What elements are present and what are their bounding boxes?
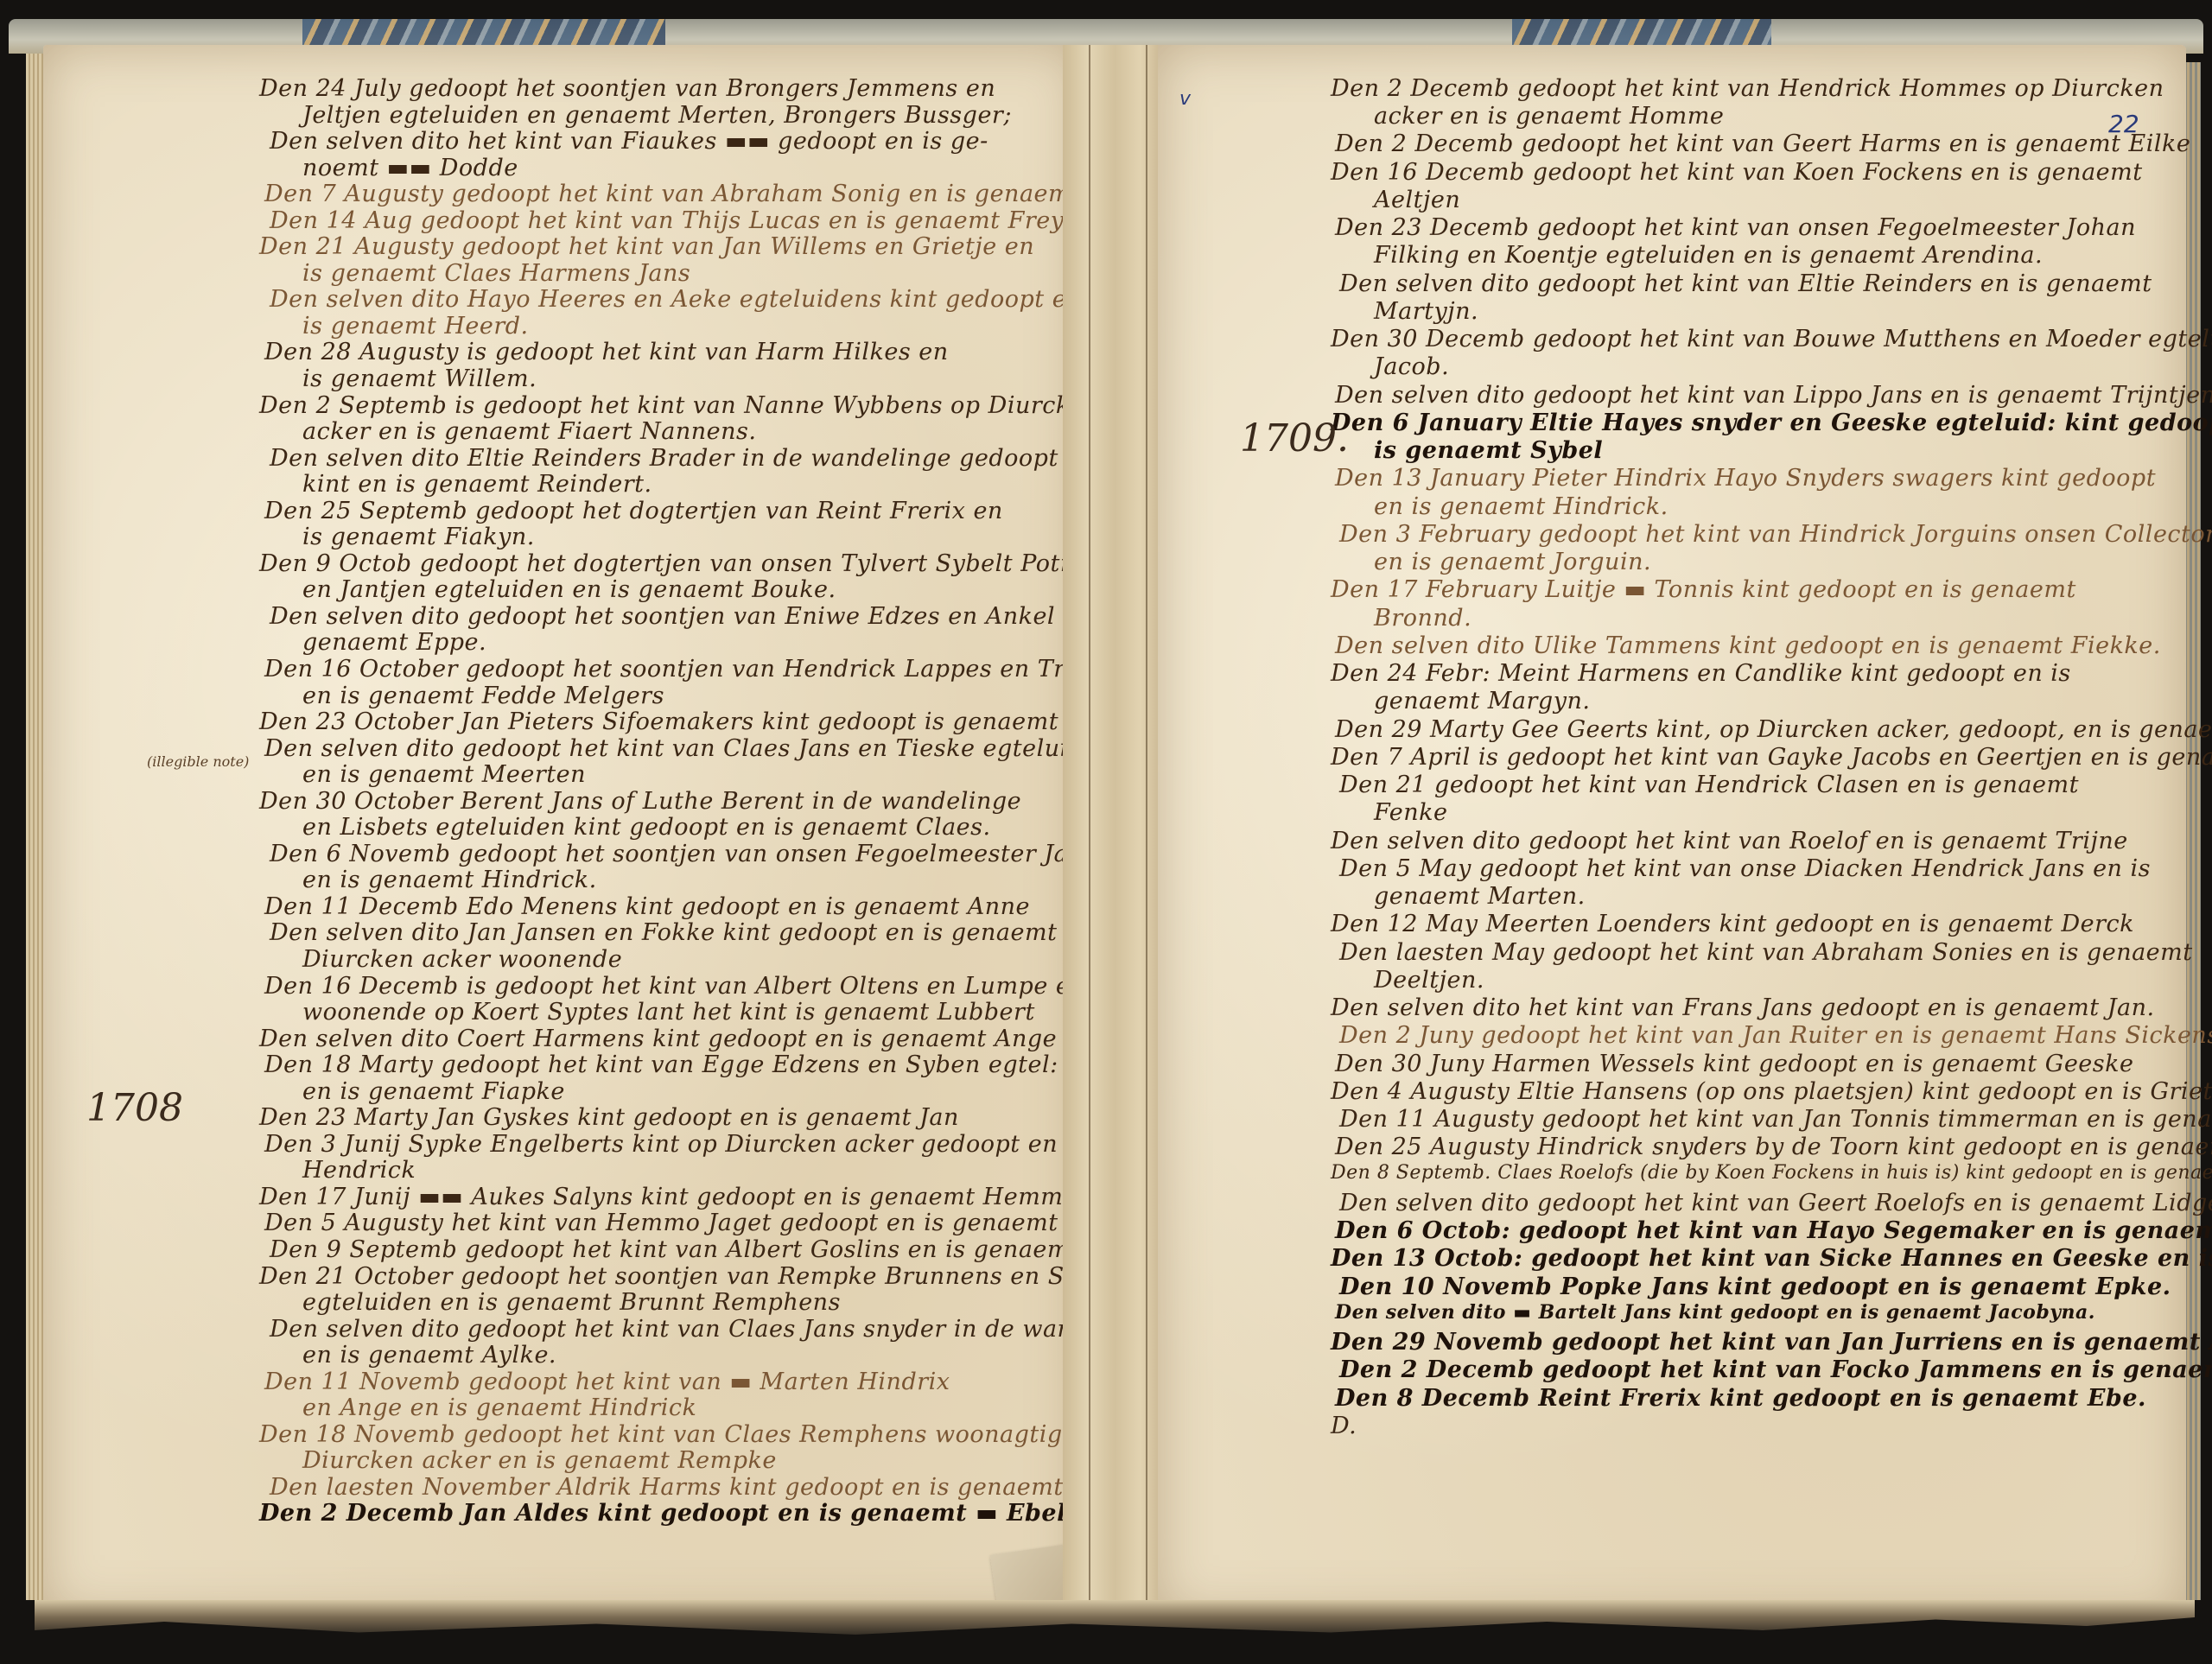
entry-continuation-line: noemt ▬▬ Dodde [302,155,518,181]
entry-continuation-line: Fenke [1374,799,1447,826]
entry-continuation-line: Filking en Koentje egteluiden en is gena… [1374,242,2043,269]
baptism-entry-line: Den 5 Augusty het kint van Hemmo Jaget g… [264,1210,1146,1236]
baptism-entry-line: Den selven dito ▬ Bartelt Jans kint gedo… [1335,1301,2095,1324]
baptism-entry-line: Den selven dito gedoopt het kint van Cla… [264,735,1113,762]
entry-continuation-line: is genaemt Willem. [302,365,537,392]
left-page: Den 24 July gedoopt het soontjen van Bro… [43,45,1080,1617]
baptism-entry-line: Den 11 Decemb Edo Menens kint gedoopt en… [264,893,1030,920]
entry-continuation-line: kint en is genaemt Reindert. [302,471,652,498]
baptism-entry-line: Den 28 Augusty is gedoopt het kint van H… [264,339,949,365]
damaged-bottom-edge [35,1600,2195,1643]
baptism-entry-line: Den 2 Decemb gedoopt het kint van Geert … [1335,130,2190,157]
baptism-entry-line: Den 9 Septemb gedoopt het kint van Alber… [270,1236,1181,1263]
baptism-entry-line: Den 6 Novemb gedoopt het soontjen van on… [270,841,1177,867]
entry-continuation-line: genaemt Margyn. [1374,688,1590,715]
entry-continuation-line: en is genaemt Jorguin. [1374,549,1651,575]
entry-continuation-line: Diurcken acker woonende [302,946,622,973]
baptism-entry-line: Den 17 February Luitje ▬ Tonnis kint ged… [1331,576,2076,603]
entry-continuation-line: is genaemt Fiakyn. [302,524,535,550]
entry-continuation-line: en Jantjen egteluiden en is genaemt Bouk… [302,576,836,603]
baptism-entry-line: Den selven dito het kint van Fiaukes ▬▬ … [270,128,988,155]
baptism-entry-line: Den laesten May gedoopt het kint van Abr… [1339,939,2193,966]
entry-continuation-line: genaemt Eppe. [302,629,486,656]
entry-continuation-line: Hendrick [302,1157,416,1184]
entry-continuation-line: acker en is genaemt Homme [1374,103,1724,130]
baptism-entry-line: Den 7 April is gedoopt het kint van Gayk… [1331,744,2212,771]
entry-continuation-line: is genaemt Claes Harmens Jans [302,260,690,287]
baptism-entry-line: Den 29 Novemb gedoopt het kint van Jan J… [1331,1329,2212,1356]
spine-fold-line [1146,45,1147,1617]
year-marker-1708: 1708 [86,1086,183,1130]
entry-continuation-line: Jeltjen egteluiden en genaemt Merten, Br… [302,102,1012,129]
baptism-entry-line: Den 2 Septemb is gedoopt het kint van Na… [259,392,1100,419]
baptism-entry-line: Den selven dito gedoopt het kint van Roe… [1331,828,2128,854]
baptism-entry-line: Den 13 Octob: gedoopt het kint van Sicke… [1331,1245,2212,1272]
baptism-entry-line: Den selven dito gedoopt het kint van Elt… [1339,270,2152,297]
baptism-entry-line: Den 23 October Jan Pieters Sifoemakers k… [259,708,1140,735]
baptism-entry-line: Den 25 Septemb gedoopt het dogtertjen va… [264,498,1003,524]
baptism-entry-line: Den 18 Marty gedoopt het kint van Egge E… [264,1051,1058,1078]
baptism-entry-line: Den 10 Novemb Popke Jans kint gedoopt en… [1339,1273,2171,1300]
spine-fold-line [1089,45,1090,1617]
baptism-entry-line: Den 4 Augusty Eltie Hansens (op ons plae… [1331,1078,2212,1105]
entry-continuation-line: en is genaemt Meerten [302,761,586,788]
baptism-entry-line: Den selven dito gedoopt het kint van Lip… [1335,382,2212,409]
baptism-entry-line: Den selven dito gedoopt het soontjen van… [270,603,1121,630]
entry-continuation-line: woonende op Koert Syptes lant het kint i… [302,999,1035,1026]
baptism-entry-line: Den 14 Aug gedoopt het kint van Thijs Lu… [270,207,1111,234]
baptism-entry-line: Den 30 Juny Harmen Wessels kint gedoopt … [1335,1051,2133,1077]
left-page-entries: Den 24 July gedoopt het soontjen van Bro… [43,45,1080,1617]
baptism-entry-line: Den 11 Augusty gedoopt het kint van Jan … [1339,1106,2212,1133]
baptism-entry-line: Den 2 Decemb Jan Aldes kint gedoopt en i… [259,1500,1128,1527]
baptism-entry-line: Den 16 Decemb is gedoopt het kint van Al… [264,973,1185,1000]
entry-continuation-line: en is genaemt Hindrick. [302,867,597,893]
entry-continuation-line: Martyjn. [1374,298,1478,325]
entry-continuation-line: egteluiden en is genaemt Brunnt Remphens [302,1289,841,1316]
entry-continuation-line: Jacob. [1374,353,1449,380]
baptism-entry-line: Den 2 Decemb gedoopt het kint van Hendri… [1331,75,2164,102]
baptism-entry-line: Den 12 May Meerten Loenders kint gedoopt… [1331,911,2134,937]
baptism-entry-line: Den 23 Marty Jan Gyskes kint gedoopt en … [259,1104,959,1131]
baptism-entry-line: Den 8 Septemb. Claes Roelofs (die by Koe… [1331,1162,2212,1184]
baptism-entry-line: Den selven dito het kint van Frans Jans … [1331,994,2155,1021]
baptism-entry-line: Den 30 Decemb gedoopt het kint van Bouwe… [1331,326,2212,352]
open-register-book: Den 24 July gedoopt het soontjen van Bro… [9,19,2203,1643]
baptism-entry-line: Den 9 Octob gedoopt het dogtertjen van o… [259,550,1112,577]
entry-continuation-line: is genaemt Heerd. [302,313,529,340]
baptism-entry-line: Den 13 January Pieter Hindrix Hayo Snyde… [1335,465,2156,492]
baptism-entry-line: Den laesten November Aldrik Harms kint g… [270,1474,1178,1501]
baptism-entry-line: Den 3 February gedoopt het kint van Hind… [1339,521,2212,548]
baptism-entry-line: Den 24 Febr: Meint Harmens en Candlike k… [1331,660,2071,687]
baptism-entry-line: Den 6 January Eltie Hayes snyder en Gees… [1331,410,2212,436]
entry-continuation-line: en is genaemt Fiapke [302,1078,565,1105]
baptism-entry-line: Den 30 October Berent Jans of Luthe Bere… [259,788,1021,815]
baptism-entry-line: Den 2 Decemb gedoopt het kint van Focko … [1339,1356,2212,1383]
baptism-entry-line: Den 16 Decemb gedoopt het kint van Koen … [1331,159,2143,186]
book-spine [1063,45,1166,1617]
baptism-entry-line: Den 16 October gedoopt het soontjen van … [264,656,1096,683]
entry-continuation-line: Deeltjen. [1374,967,1484,994]
baptism-entry-line: Den 21 October gedoopt het soontjen van … [259,1263,1123,1290]
baptism-entry-line: Den 17 Junij ▬▬ Aukes Salyns kint gedoop… [259,1184,1077,1210]
baptism-entry-line: Den 29 Marty Gee Geerts kint, op Diurcke… [1335,716,2212,743]
right-page: 22 v Den 2 Decemb gedoopt het kint van H… [1158,45,2186,1617]
entry-continuation-line: genaemt Marten. [1374,883,1586,910]
baptism-entry-line: Den 11 Novemb gedoopt het kint van ▬ Mar… [264,1369,950,1395]
right-page-entries: Den 2 Decemb gedoopt het kint van Hendri… [1158,45,2186,1617]
baptism-entry-line: Den 3 Junij Sypke Engelberts kint op Diu… [264,1131,1199,1158]
baptism-entry-line: D. [1331,1413,1357,1439]
baptism-entry-line: Den 24 July gedoopt het soontjen van Bro… [259,75,995,102]
baptism-entry-line: Den 2 Juny gedoopt het kint van Jan Ruit… [1339,1022,2212,1049]
baptism-entry-line: Den 8 Decemb Reint Frerix kint gedoopt e… [1335,1385,2146,1412]
baptism-entry-line: Den selven dito Eltie Reinders Brader in… [270,445,1108,472]
baptism-entry-line: Den selven dito gedoopt het kint van Cla… [270,1316,1163,1343]
baptism-entry-line: Den 6 Octob: gedoopt het kint van Hayo S… [1335,1217,2212,1244]
entry-continuation-line: Aeltjen [1374,187,1460,213]
entry-continuation-line: en is genaemt Hindrick. [1374,493,1669,520]
entry-continuation-line: en Lisbets egteluiden kint gedoopt en is… [302,814,991,841]
entry-continuation-line: en is genaemt Aylke. [302,1342,556,1369]
baptism-entry-line: Den selven dito Coert Harmens kint gedoo… [259,1026,1057,1052]
baptism-entry-line: Den 25 Augusty Hindrick snyders by de To… [1335,1134,2212,1160]
baptism-entry-line: Den selven dito gedoopt het kint van Gee… [1339,1190,2212,1216]
entry-continuation-line: acker en is genaemt Fiaert Nannens. [302,418,756,445]
baptism-entry-line: Den 21 gedoopt het kint van Hendrick Cla… [1339,772,2079,798]
year-marker-1709: 1709. [1240,416,1349,460]
baptism-entry-line: Den 5 May gedoopt het kint van onse Diac… [1339,855,2151,882]
baptism-entry-line: Den 21 Augusty gedoopt het kint van Jan … [259,233,1034,260]
baptism-entry-line: Den 23 Decemb gedoopt het kint van onsen… [1335,214,2136,241]
baptism-entry-line: Den selven dito Ulike Tammens kint gedoo… [1335,632,2161,659]
baptism-entry-line: Den selven dito Hayo Heeres en Aeke egte… [270,286,1082,313]
entry-continuation-line: Bronnd. [1374,605,1471,632]
entry-continuation-line: en Ange en is genaemt Hindrick [302,1394,696,1421]
baptism-entry-line: Den 7 Augusty gedoopt het kint van Abrah… [264,181,1185,207]
margin-note: (illegible note) [147,753,249,770]
baptism-entry-line: Den selven dito Jan Jansen en Fokke kint… [270,919,1166,946]
baptism-entry-line: Den 18 Novemb gedoopt het kint van Claes… [259,1421,1100,1448]
entry-continuation-line: en is genaemt Fedde Melgers [302,683,664,709]
entry-continuation-line: Diurcken acker en is genaemt Rempke [302,1447,777,1474]
entry-continuation-line: is genaemt Sybel [1374,437,1603,464]
